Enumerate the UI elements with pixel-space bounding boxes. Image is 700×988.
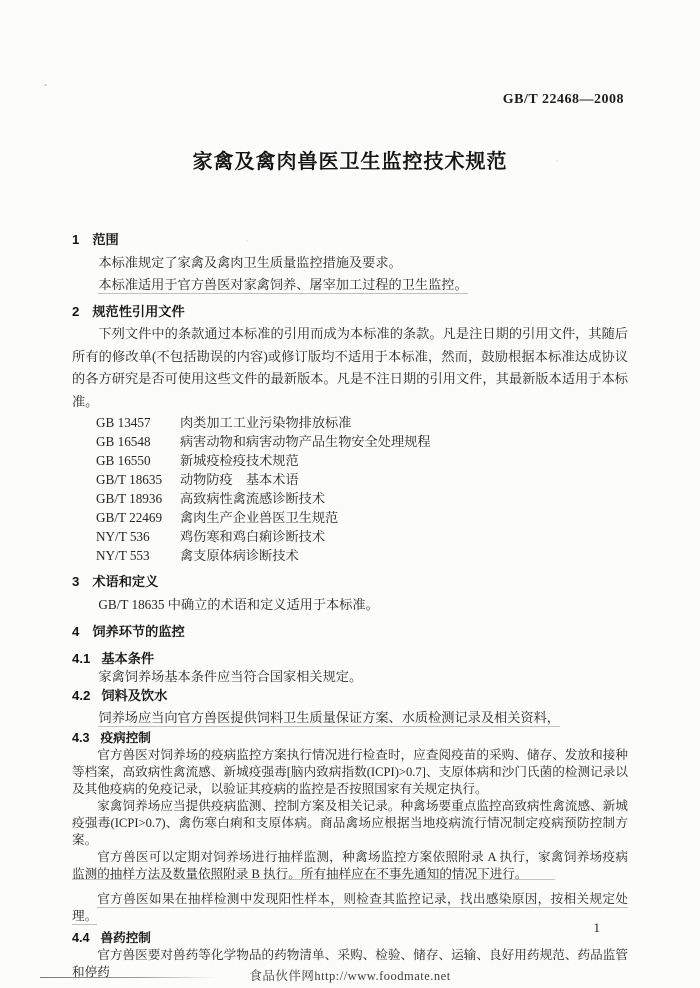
paragraph: 下列文件中的条款通过本标准的引用而成为本标准的条款。凡是注日期的引用文件，其随后… [72, 323, 628, 413]
paragraph: 饲养场应当向官方兽医提供饲料卫生质量保证方案、水质检测记录及相关资料， [72, 707, 628, 730]
section-number: 4.3 [72, 730, 90, 747]
paragraph: 家禽饲养场应当提供疫病监测、控制方案及相关记录。种禽场要重点监控高致病性禽流感、… [72, 798, 628, 849]
section-3-heading: 3术语和定义 [72, 571, 628, 594]
reference-code: GB/T 18936 [96, 489, 170, 508]
underlined-paragraph-text: 本标准适用于官方兽医对家禽饲养、屠宰加工过程的卫生监控。 [98, 277, 467, 294]
standard-code: GB/T 22468—2008 [503, 92, 624, 108]
reference-title: 禽支原体病诊断技术 [180, 548, 299, 563]
reference-item: GB/T 18635动物防疫 基本术语 [96, 470, 628, 489]
section-title: 基本条件 [101, 651, 154, 666]
section-number: 4.1 [72, 648, 90, 671]
section-1-heading: 1范围 [72, 229, 628, 252]
paragraph: GB/T 18635 中确立的术语和定义适用于本标准。 [72, 594, 628, 617]
reference-code: NY/T 553 [96, 546, 170, 565]
section-number: 1 [72, 229, 79, 252]
paragraph-text: 家禽饲养场应当提供疫病监测、控制方案及相关记录。种禽场要重点监控高致病性禽流感、… [72, 799, 628, 847]
reference-item: GB 16550新城疫检疫技术规范 [96, 451, 628, 470]
reference-title: 肉类加工工业污染物排放标准 [180, 415, 351, 430]
section-4-4-heading: 4.4兽药控制 [72, 930, 628, 947]
paragraph-text: 官方兽医对饲养场的疫病监控方案执行情况进行检查时，应查阅疫苗的采购、储存、发放和… [72, 748, 628, 796]
document-body: 1范围 本标准规定了家禽及禽肉卫生质量监控措施及要求。 本标准适用于官方兽医对家… [72, 229, 628, 981]
section-title: 兽药控制 [101, 931, 151, 945]
paragraph: 官方兽医如果在抽样检测中发现阳性样本，则检查其监控记录，找出感染原因，按相关规定… [72, 891, 628, 925]
compressed-scan-region: 4.3疫病控制 官方兽医对饲养场的疫病监控方案执行情况进行检查时，应查阅疫苗的采… [72, 730, 628, 981]
paragraph: 本标准适用于官方兽医对家禽饲养、屠宰加工过程的卫生监控。 [72, 274, 628, 297]
section-title: 饲料及饮水 [101, 688, 167, 703]
section-number: 2 [72, 301, 79, 324]
reference-title: 新城疫检疫技术规范 [180, 453, 299, 468]
reference-code: NY/T 536 [96, 527, 170, 546]
scan-speck [44, 84, 47, 86]
section-title: 疫病控制 [101, 731, 151, 745]
paragraph-text: 家禽饲养场基本条件应当符合国家相关规定。 [98, 669, 362, 684]
reference-title: 鸡伤寒和鸡白痢诊断技术 [180, 529, 325, 544]
pencil-underline [72, 879, 555, 881]
paragraph-text: 下列文件中的条款通过本标准的引用而成为本标准的条款。凡是注日期的引用文件，其随后… [72, 326, 628, 409]
watermark-text: 食品伙伴网http://www.foodmate.net [0, 966, 700, 984]
document-title: 家禽及禽肉兽医卫生监控技术规范 [0, 145, 700, 174]
reference-item: NY/T 536鸡伤寒和鸡白痢诊断技术 [96, 527, 628, 546]
paragraph-text: 官方兽医可以定期对饲养场进行抽样监测，种禽场监控方案依照附录 A 执行，家禽饲养… [72, 850, 628, 881]
reference-title: 动物防疫 基本术语 [180, 472, 299, 487]
normative-references-list: GB 13457肉类加工工业污染物排放标准 GB 16548病害动物和病害动物产… [96, 413, 628, 565]
reference-item: GB 16548病害动物和病害动物产品生物安全处理规程 [96, 432, 628, 451]
section-title: 饲养环节的监控 [92, 624, 184, 639]
scanned-standard-page: GB/T 22468—2008 家禽及禽肉兽医卫生监控技术规范 1范围 本标准规… [0, 0, 700, 988]
section-number: 4 [72, 621, 79, 644]
section-number: 3 [72, 571, 79, 594]
paragraph-text: 本标准规定了家禽及禽肉卫生质量监控措施及要求。 [98, 255, 401, 270]
reference-code: GB/T 22469 [96, 508, 170, 527]
section-title: 规范性引用文件 [92, 304, 184, 319]
reference-title: 病害动物和病害动物产品生物安全处理规程 [180, 434, 431, 449]
reference-code: GB 16548 [96, 432, 170, 451]
section-number: 4.4 [72, 930, 90, 947]
reference-item: GB/T 18936高致病性禽流感诊断技术 [96, 489, 628, 508]
reference-item: NY/T 553禽支原体病诊断技术 [96, 546, 628, 565]
reference-title: 禽肉生产企业兽医卫生规范 [180, 510, 338, 525]
reference-title: 高致病性禽流感诊断技术 [180, 491, 325, 506]
section-title: 范围 [92, 232, 118, 247]
section-4-heading: 4饲养环节的监控 [72, 621, 628, 644]
section-4-3-heading: 4.3疫病控制 [72, 730, 628, 747]
underlined-paragraph-text: 官方兽医如果在抽样检测中发现阳性样本，则检查其监控记录，找出感染原因，按相关规定… [72, 892, 628, 925]
reference-code: GB/T 18635 [96, 470, 170, 489]
reference-code: GB 16550 [96, 451, 170, 470]
reference-item: GB 13457肉类加工工业污染物排放标准 [96, 413, 628, 432]
section-title: 术语和定义 [92, 574, 158, 589]
paragraph: 官方兽医对饲养场的疫病监控方案执行情况进行检查时，应查阅疫苗的采购、储存、发放和… [72, 747, 628, 798]
paragraph-text: GB/T 18635 中确立的术语和定义适用于本标准。 [98, 597, 378, 612]
section-number: 4.2 [72, 685, 90, 708]
paragraph: 本标准规定了家禽及禽肉卫生质量监控措施及要求。 [72, 252, 628, 275]
page-number: 1 [594, 920, 601, 936]
reference-item: GB/T 22469禽肉生产企业兽医卫生规范 [96, 508, 628, 527]
reference-code: GB 13457 [96, 413, 170, 432]
paragraph: 官方兽医可以定期对饲养场进行抽样监测，种禽场监控方案依照附录 A 执行，家禽饲养… [72, 849, 628, 883]
section-2-heading: 2规范性引用文件 [72, 301, 628, 324]
underlined-paragraph-text: 饲养场应当向官方兽医提供饲料卫生质量保证方案、水质检测记录及相关资料， [98, 710, 560, 727]
